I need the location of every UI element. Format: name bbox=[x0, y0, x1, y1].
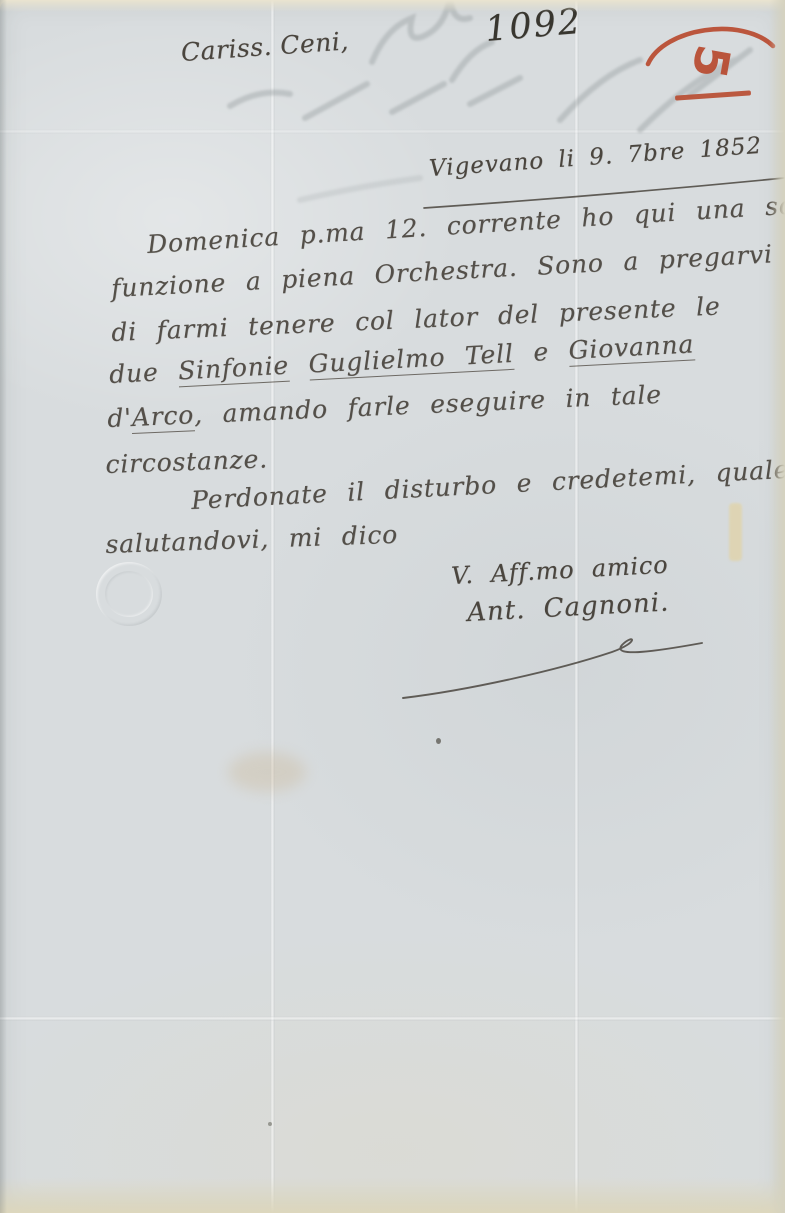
scan-vignette bbox=[0, 0, 785, 1213]
letter-scan-photo: 5 Cariss. Ceni, 1092 Vigevano li 9. 7bre… bbox=[0, 0, 785, 1213]
